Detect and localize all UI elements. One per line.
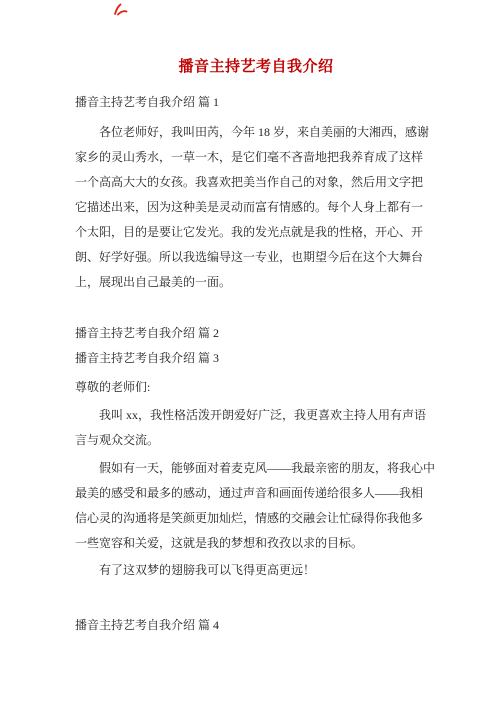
section-heading-part2: 播音主持艺考自我介绍 篇 2	[75, 321, 437, 346]
red-scribble-icon	[111, 3, 129, 17]
paragraph-part1-body: 各位老师好，我叫田芮，今年 18 岁，来自美丽的大湘西，感谢 家乡的灵山秀水，一…	[75, 120, 437, 295]
paragraph-part3-intro: 我叫 xx，我性格活泼开朗爱好广泛，我更喜欢主持人用有声语 言与观众交流。	[75, 403, 437, 453]
paragraph-part3-dream: 假如有一天，能够面对着麦克风——我最亲密的朋友，将我心中 最美的感受和最多的感动…	[75, 456, 437, 556]
salutation-line: 尊敬的老师们:	[75, 375, 437, 400]
paragraph-part3-closing: 有了这双梦的翅膀我可以飞得更高更远！	[75, 558, 437, 583]
document-body: 播音主持艺考自我介绍 播音主持艺考自我介绍 篇 1 各位老师好，我叫田芮，今年 …	[0, 0, 500, 638]
section-heading-part4: 播音主持艺考自我介绍 篇 4	[75, 613, 437, 638]
document-page: 播音主持艺考自我介绍 播音主持艺考自我介绍 篇 1 各位老师好，我叫田芮，今年 …	[0, 0, 500, 707]
section-heading-part3: 播音主持艺考自我介绍 篇 3	[75, 346, 437, 371]
document-title: 播音主持艺考自我介绍	[75, 55, 437, 80]
section-heading-part1: 播音主持艺考自我介绍 篇 1	[75, 90, 437, 115]
